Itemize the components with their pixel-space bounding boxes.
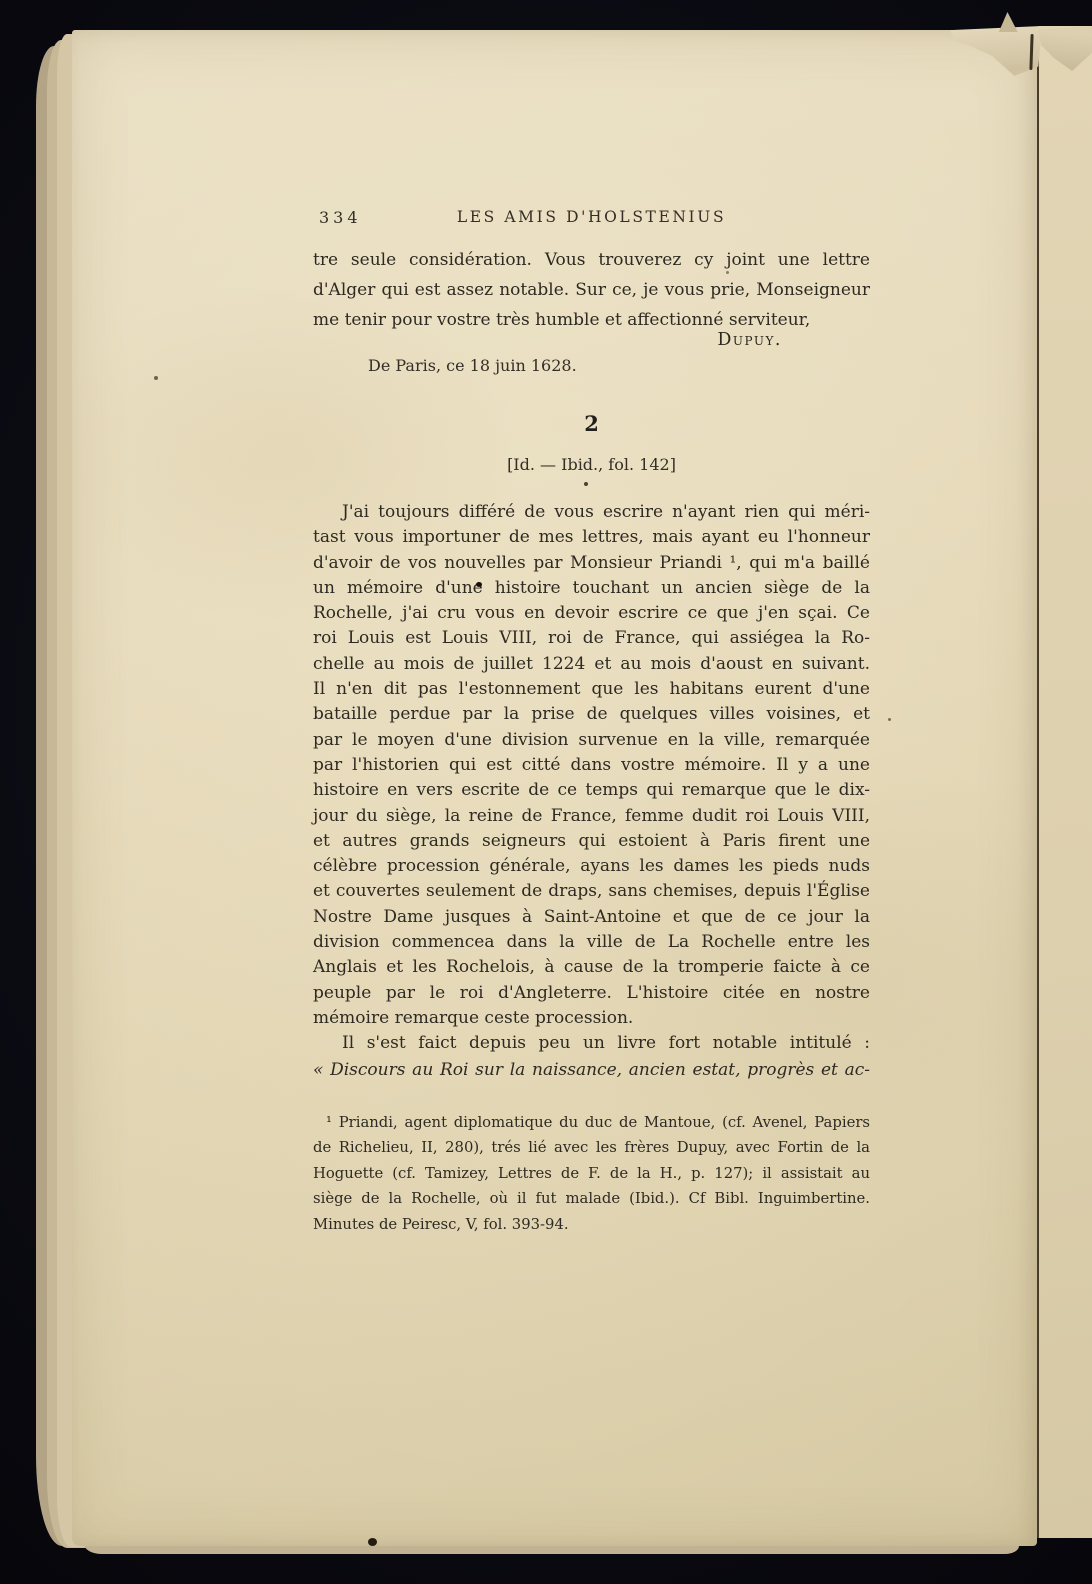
footnote: ¹ Priandi, agent diplomatique du duc de … [313, 1110, 870, 1237]
source-reference: [Id. — Ibid., fol. 142] [313, 455, 870, 474]
text-block: 334 LES AMIS D'HOLSTENIUS tre seule cons… [313, 30, 870, 1546]
text-line: ¹ Priandi, agent diplomatique du duc de … [313, 1110, 870, 1135]
text-line: célèbre procession générale, ayans les d… [313, 854, 870, 879]
text-line: Nostre Dame jusques à Saint-Antoine et q… [313, 905, 870, 930]
signature: Dupuy. [313, 330, 870, 350]
edge-notch [368, 1538, 377, 1546]
text-line: et couvertes seulement de draps, sans ch… [313, 879, 870, 904]
text-line: roi Louis est Louis VIII, roi de France,… [313, 626, 870, 651]
quoted-title-line: « Discours au Roi sur la naissance, anci… [313, 1057, 870, 1084]
text-line: de Richelieu, II, 280), trés lié avec le… [313, 1135, 870, 1160]
text-line: histoire en vers escrite de ce temps qui… [313, 778, 870, 803]
text-line: par l'historien qui est citté dans vostr… [313, 753, 870, 778]
text-line: Minutes de Peiresc, V, fol. 393-94. [313, 1212, 870, 1237]
paper-speck [154, 376, 158, 380]
ink-blot [476, 582, 482, 587]
text-line: mémoire remarque ceste procession. [313, 1006, 870, 1031]
letter-closing-paragraph: tre seule considération. Vous trouverez … [313, 245, 870, 335]
page-tear [950, 26, 1042, 78]
text-line: d'Alger qui est assez notable. Sur ce, j… [313, 275, 870, 305]
text-line: jour du siège, la reine de France, femme… [313, 804, 870, 829]
text-line: bataille perdue par la prise de quelques… [313, 702, 870, 727]
text-line: et autres grands seigneurs qui estoient … [313, 829, 870, 854]
paper-speck [584, 482, 588, 486]
paper-speck [888, 718, 891, 721]
text-line: tast vous importuner de mes lettres, mai… [313, 525, 870, 550]
text-line: Anglais et les Rochelois, à cause de la … [313, 955, 870, 980]
book-page: 334 LES AMIS D'HOLSTENIUS tre seule cons… [72, 30, 1037, 1546]
letter-body-paragraph: J'ai toujours différé de vous escrire n'… [313, 500, 870, 1031]
section-number: 2 [313, 411, 870, 436]
closing-paragraph: Il s'est faict depuis peu un livre fort … [313, 1030, 870, 1084]
paper-speck [726, 271, 729, 274]
text-line: Il n'en dit pas l'estonnement que les ha… [313, 677, 870, 702]
text-line: Hoguette (cf. Tamizey, Lettres de F. de … [313, 1161, 870, 1186]
text-line: division commencea dans la ville de La R… [313, 930, 870, 955]
text-line: tre seule considération. Vous trouverez … [313, 245, 870, 275]
scan-background: 334 LES AMIS D'HOLSTENIUS tre seule cons… [0, 0, 1092, 1584]
text-line: chelle au mois de juillet 1224 et au moi… [313, 652, 870, 677]
text-line: Rochelle, j'ai cru vous en devoir escrir… [313, 601, 870, 626]
running-title: LES AMIS D'HOLSTENIUS [313, 208, 870, 226]
text-line: d'avoir de vos nouvelles par Monsieur Pr… [313, 551, 870, 576]
text-line: Il s'est faict depuis peu un livre fort … [313, 1030, 870, 1057]
text-line: siège de la Rochelle, où il fut malade (… [313, 1186, 870, 1211]
text-line: peuple par le roi d'Angleterre. L'histoi… [313, 981, 870, 1006]
underlying-page [1037, 26, 1092, 1538]
page-header: 334 LES AMIS D'HOLSTENIUS [313, 208, 870, 232]
dateline: De Paris, ce 18 juin 1628. [368, 356, 577, 375]
text-line: par le moyen d'une division survenue en … [313, 728, 870, 753]
text-line: un mémoire d'une histoire touchant un an… [313, 576, 870, 601]
text-line: J'ai toujours différé de vous escrire n'… [313, 500, 870, 525]
